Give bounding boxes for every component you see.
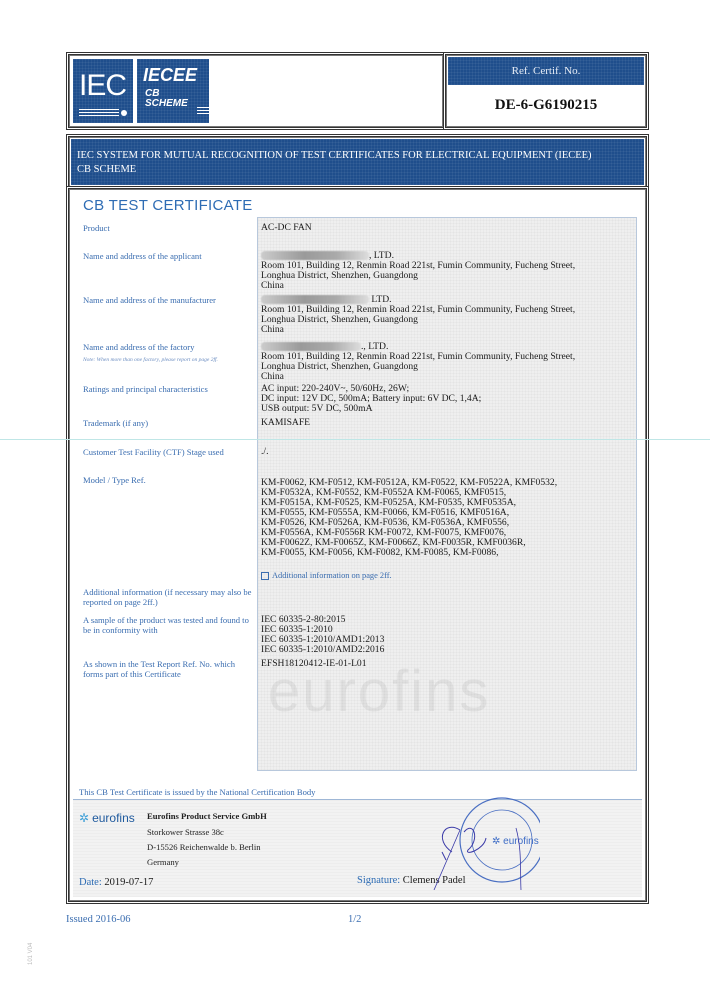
eurofins-logo-text: eurofins <box>92 811 135 825</box>
value-product: AC-DC FAN <box>261 223 633 233</box>
redacted-factory-name <box>261 342 361 351</box>
label-product: Product <box>83 223 253 233</box>
banner-line-1: IEC SYSTEM FOR MUTUAL RECOGNITION OF TES… <box>77 149 638 163</box>
certification-body-address-line: Storkower Strasse 38c <box>147 827 224 837</box>
scan-guide-line <box>0 439 710 440</box>
label-applicant: Name and address of the applicant <box>83 251 253 261</box>
label-report: As shown in the Test Report Ref. No. whi… <box>83 659 253 679</box>
model-line: KM-F0055, KM-F0056, KM-F0082, KM-F0085, … <box>261 548 633 558</box>
iecee-banner: IEC SYSTEM FOR MUTUAL RECOGNITION OF TES… <box>66 134 649 190</box>
redacted-manufacturer-name <box>261 295 369 304</box>
ref-certificate-panel: Ref. Certif. No. DE-6-G6190215 <box>443 52 649 130</box>
applicant-address-line: China <box>261 281 633 291</box>
value-ratings: AC input: 220-240V~, 50/60Hz, 26W; DC in… <box>261 384 633 414</box>
iecee-logo-text: IECEE <box>143 65 197 86</box>
ref-certif-number: DE-6-G6190215 <box>448 87 644 123</box>
value-report: EFSH18120412-IE-01-L01 <box>261 659 633 669</box>
cb-scheme-logo-text: CB SCHEME <box>145 89 188 109</box>
manufacturer-address-line: China <box>261 325 633 335</box>
certification-body-address-line: D-15526 Reichenwalde b. Berlin <box>147 842 261 852</box>
standard-item: IEC 60335-1:2010/AMD2:2016 <box>261 645 633 655</box>
label-factory: Name and address of the factory <box>83 342 253 352</box>
logo-scheme: SCHEME <box>145 98 188 109</box>
side-form-code: 101 V04 <box>28 943 34 965</box>
label-conformity: A sample of the product was tested and f… <box>83 615 253 635</box>
label-manufacturer: Name and address of the manufacturer <box>83 295 253 305</box>
value-model-list: KM-F0062, KM-F0512, KM-F0512A, KM-F0522,… <box>261 478 633 558</box>
additional-info-label: Additional information on page 2ff. <box>272 571 392 580</box>
iecee-logo-lines-icon <box>197 107 209 115</box>
iecee-cb-scheme-logo: IECEE CB SCHEME <box>137 59 209 123</box>
value-manufacturer: LTD. Room 101, Building 12, Renmin Road … <box>261 295 633 335</box>
issued-date: Issued 2016-06 <box>66 914 130 925</box>
certificate-body: CB TEST CERTIFICATE eurofins Product Nam… <box>66 186 649 904</box>
value-applicant: , LTD. Room 101, Building 12, Renmin Roa… <box>261 251 633 291</box>
label-ratings: Ratings and principal characteristics <box>83 384 253 394</box>
manufacturer-address-line: Longhua District, Shenzhen, Guangdong <box>261 315 633 325</box>
value-factory: ., LTD. Room 101, Building 12, Renmin Ro… <box>261 342 633 382</box>
page-number: 1/2 <box>348 914 361 925</box>
redacted-applicant-name <box>261 251 369 260</box>
signature-label: Signature: <box>357 875 400 886</box>
value-conformity-standards: IEC 60335-2-80:2015 IEC 60335-1:2010 IEC… <box>261 615 633 655</box>
date-value: 2019-07-17 <box>104 877 153 888</box>
iec-logo-lines-icon <box>79 109 119 117</box>
certification-body-address-line: Germany <box>147 857 179 867</box>
certificate-title: CB TEST CERTIFICATE <box>83 197 253 214</box>
factory-address-line: China <box>261 372 633 382</box>
iec-logo-dot-icon <box>121 110 127 116</box>
issued-by-text: This CB Test Certificate is issued by th… <box>79 787 315 797</box>
ratings-line: USB output: 5V DC, 500mA <box>261 404 633 414</box>
value-ctf: ./. <box>261 447 633 457</box>
eurofins-logo: ✲eurofins <box>79 811 135 825</box>
ref-certif-label: Ref. Certif. No. <box>448 57 644 85</box>
certificate-date: Date: 2019-07-17 <box>79 877 153 888</box>
certification-body-name: Eurofins Product Service GmbH <box>147 811 267 821</box>
additional-info-checkbox[interactable] <box>261 572 269 580</box>
label-ctf: Customer Test Facility (CTF) Stage used <box>83 447 253 457</box>
applicant-address-line: Longhua District, Shenzhen, Guangdong <box>261 271 633 281</box>
label-trademark: Trademark (if any) <box>83 418 253 428</box>
value-trademark: KAMISAFE <box>261 418 633 428</box>
iec-logo: IEC <box>73 59 133 123</box>
header-logo-panel: IEC IECEE CB SCHEME <box>66 52 446 130</box>
additional-info-option[interactable]: Additional information on page 2ff. <box>261 571 633 581</box>
iec-logo-text: IEC <box>79 69 126 103</box>
factory-address-line: Longhua District, Shenzhen, Guangdong <box>261 362 633 372</box>
eurofins-star-icon: ✲ <box>79 811 89 825</box>
label-model: Model / Type Ref. <box>83 475 253 485</box>
banner-line-2: CB SCHEME <box>77 163 638 177</box>
date-label: Date: <box>79 877 102 888</box>
certification-stamp-icon: ✲ eurofins <box>424 790 540 890</box>
factory-note: Note: When more than one factory, please… <box>83 357 218 363</box>
svg-text:✲ eurofins: ✲ eurofins <box>492 836 539 847</box>
label-additional: Additional information (if necessary may… <box>83 587 253 607</box>
